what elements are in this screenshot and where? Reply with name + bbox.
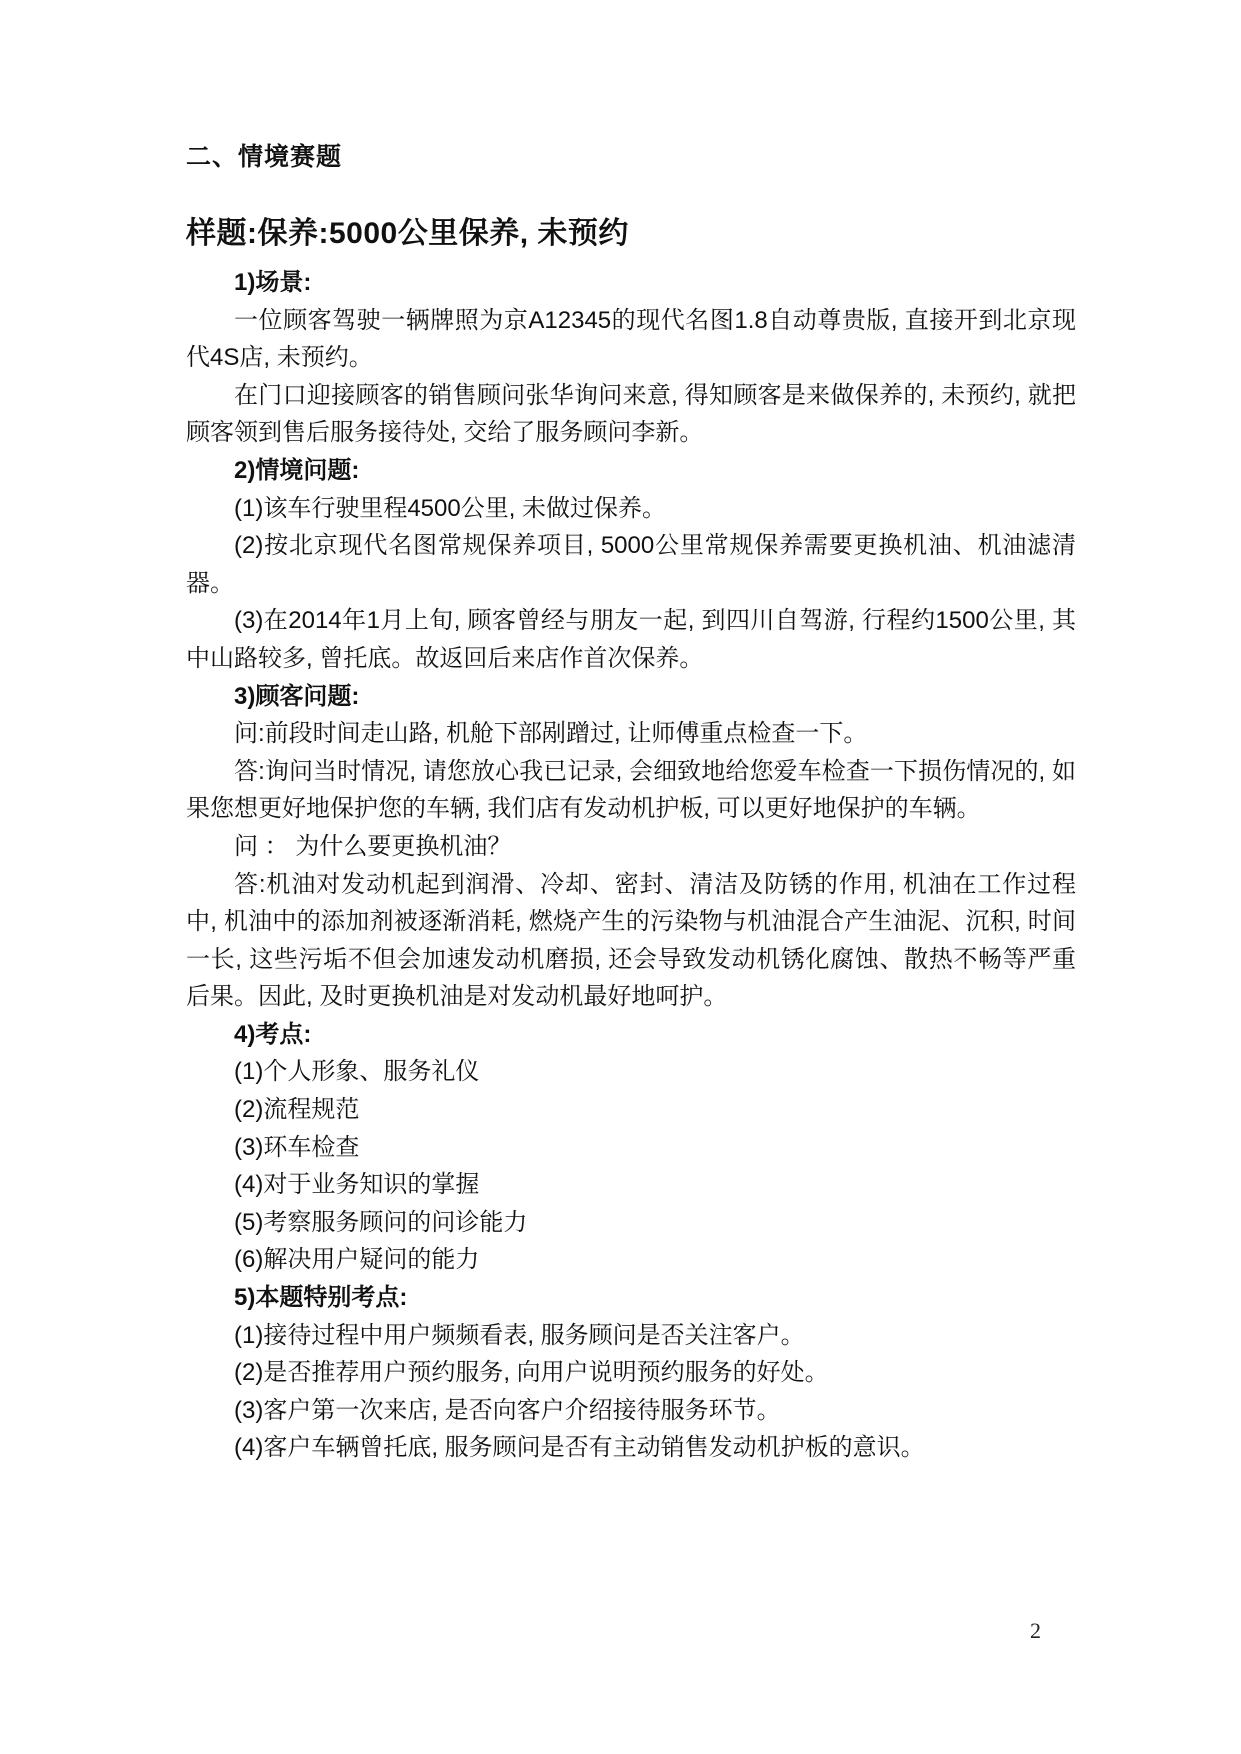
subsection-header-special-points: 5)本题特别考点: — [186, 1279, 1076, 1317]
situation-item-2: (2)按北京现代名图常规保养项目, 5000公里常规保养需要更换机油、机油滤清器… — [186, 527, 1076, 602]
subsection-header-customer-questions: 3)顾客问题: — [186, 678, 1076, 716]
key-point-6: (6)解决用户疑问的能力 — [186, 1241, 1076, 1279]
key-point-1: (1)个人形象、服务礼仪 — [186, 1053, 1076, 1091]
customer-question-2: 问 ： 为什么要更换机油？ — [186, 828, 1076, 866]
customer-question-1: 问:前段时间走山路, 机舱下部剐蹭过, 让师傅重点检查一下。 — [186, 715, 1076, 753]
key-point-4: (4)对于业务知识的掌握 — [186, 1166, 1076, 1204]
situation-item-1: (1)该车行驶里程4500公里, 未做过保养。 — [186, 490, 1076, 528]
situation-item-3: (3)在2014年1月上旬, 顾客曾经与朋友一起, 到四川自驾游, 行程约150… — [186, 602, 1076, 677]
special-point-3: (3)客户第一次来店, 是否向客户介绍接待服务环节。 — [186, 1392, 1076, 1430]
page-number: 2 — [1030, 1618, 1041, 1644]
special-point-4: (4)客户车辆曾托底, 服务顾问是否有主动销售发动机护板的意识。 — [186, 1429, 1076, 1467]
customer-answer-2: 答:机油对发动机起到润滑、冷却、密封、清洁及防锈的作用, 机油在工作过程中, 机… — [186, 866, 1076, 1016]
document-content: 二、情境赛题 样题:保养:5000公里保养, 未预约 1)场景: 一位顾客驾驶一… — [186, 138, 1076, 1467]
key-point-2: (2)流程规范 — [186, 1091, 1076, 1129]
paragraph-scene-2: 在门口迎接顾客的销售顾问张华询问来意, 得知顾客是来做保养的, 未预约, 就把顾… — [186, 377, 1076, 452]
special-point-1: (1)接待过程中用户频频看表, 服务顾问是否关注客户。 — [186, 1317, 1076, 1355]
section-heading: 二、情境赛题 — [186, 138, 1076, 176]
sample-title: 样题:保养:5000公里保养, 未预约 — [186, 212, 1076, 256]
key-point-3: (3)环车检查 — [186, 1129, 1076, 1167]
document-page: 二、情境赛题 样题:保养:5000公里保养, 未预约 1)场景: 一位顾客驾驶一… — [0, 0, 1241, 1754]
document-body: 1)场景: 一位顾客驾驶一辆牌照为京A12345的现代名图1.8自动尊贵版, 直… — [186, 264, 1076, 1467]
subsection-header-key-points: 4)考点: — [186, 1016, 1076, 1054]
special-point-2: (2)是否推荐用户预约服务, 向用户说明预约服务的好处。 — [186, 1354, 1076, 1392]
key-point-5: (5)考察服务顾问的问诊能力 — [186, 1204, 1076, 1242]
subsection-header-scene: 1)场景: — [186, 264, 1076, 302]
subsection-header-situation: 2)情境问题: — [186, 452, 1076, 490]
paragraph-scene-1: 一位顾客驾驶一辆牌照为京A12345的现代名图1.8自动尊贵版, 直接开到北京现… — [186, 302, 1076, 377]
customer-answer-1: 答:询问当时情况, 请您放心我已记录, 会细致地给您爱车检查一下损伤情况的, 如… — [186, 753, 1076, 828]
